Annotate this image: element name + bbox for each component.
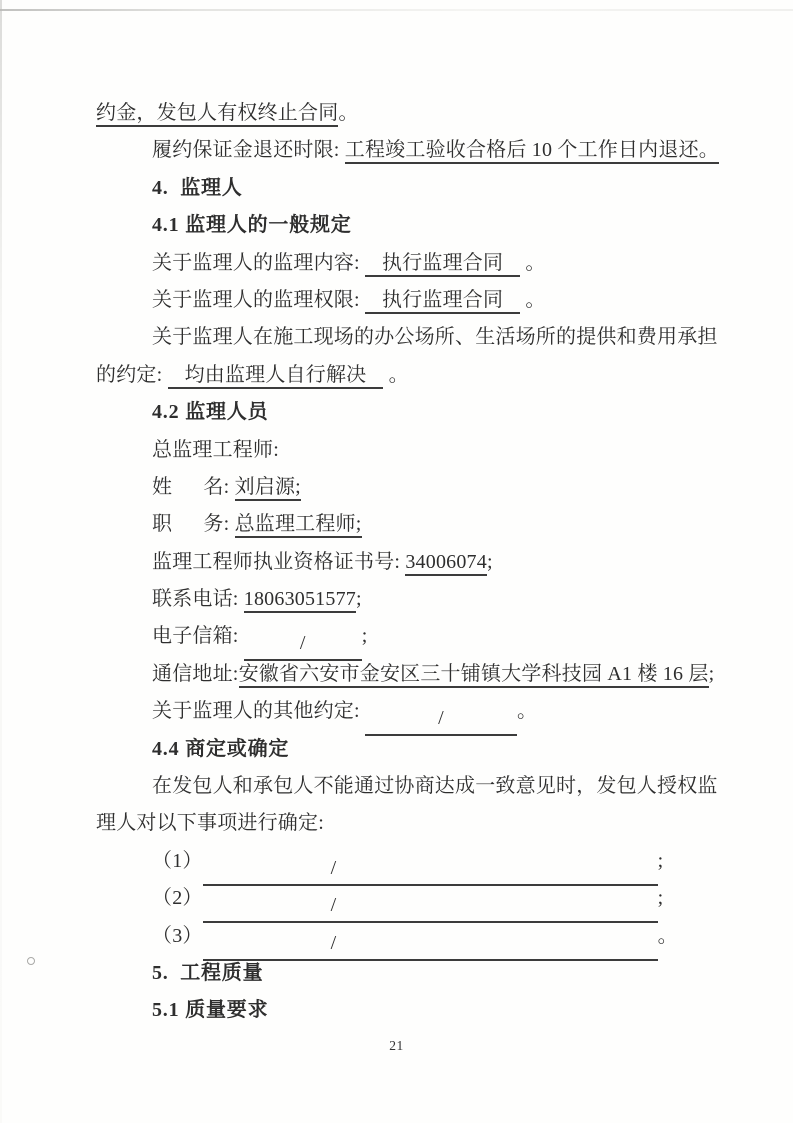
- text-segment: ;: [658, 887, 664, 909]
- doc-line: 职 务: 总监理工程师;: [96, 506, 712, 543]
- doc-line: 姓 名: 刘启源;: [96, 469, 712, 506]
- section-heading: 5.1 质量要求: [96, 992, 712, 1029]
- text-segment: ;: [658, 850, 664, 872]
- blank-field: /: [203, 927, 658, 961]
- text-segment: （1）: [152, 850, 203, 872]
- text-segment: 4. 监理人: [152, 177, 243, 199]
- doc-line: 履约保证金退还时限: 工程竣工验收合格后 10 个工作日内退还。: [96, 132, 712, 169]
- text-segment: 。: [517, 700, 537, 722]
- text-segment: 监理工程师执业资格证书号:: [152, 551, 405, 573]
- text-segment: 总监理工程师:: [152, 439, 279, 461]
- scan-artifact-top-edge: [0, 9, 793, 11]
- scan-artifact-speck: [27, 957, 35, 965]
- text-segment: 。: [338, 102, 358, 124]
- doc-line: 在发包人和承包人不能通过协商达成一致意见时，发包人授权监: [96, 768, 712, 805]
- doc-line: 理人对以下事项进行确定:: [96, 805, 712, 842]
- doc-line: 关于监理人的其他约定: /。: [96, 693, 712, 730]
- text-segment: 通信地址:: [152, 663, 239, 685]
- text-segment: 联系电话:: [152, 588, 244, 610]
- text-segment: 4.1 监理人的一般规定: [152, 214, 352, 236]
- underlined-value: 工程竣工验收合格后 10 个工作日内退还。: [345, 139, 719, 164]
- text-segment: 履约保证金退还时限:: [152, 139, 345, 161]
- text-segment: 在发包人和承包人不能通过协商达成一致意见时，发包人授权监: [152, 775, 718, 797]
- text-segment: 关于监理人在施工现场的办公场所、生活场所的提供和费用承担: [152, 326, 718, 348]
- text-segment: 关于监理人的监理权限:: [152, 289, 365, 311]
- text-segment: 理人对以下事项进行确定:: [96, 812, 324, 834]
- underlined-value: 安徽省六安市金安区三十铺镇大学科技园 A1 楼 16 层: [239, 663, 709, 688]
- text-segment: ;: [362, 625, 368, 647]
- underlined-value: 18063051577: [244, 588, 356, 613]
- underlined-value: 约金，发包人有权终止合同: [96, 102, 338, 127]
- text-segment: 的约定:: [96, 364, 168, 386]
- section-heading: 4.1 监理人的一般规定: [96, 207, 712, 244]
- doc-line: （2）/;: [96, 880, 712, 917]
- text-segment: 关于监理人的其他约定:: [152, 700, 365, 722]
- text-segment: 4.4 商定或确定: [152, 738, 289, 760]
- underlined-value: 34006074: [405, 551, 487, 576]
- doc-line: 关于监理人的监理内容: 执行监理合同 。: [96, 245, 712, 282]
- text-segment: ;: [356, 588, 362, 610]
- text-segment: 电子信箱:: [152, 625, 244, 647]
- doc-line: 电子信箱: /;: [96, 618, 712, 655]
- doc-line: （3）/。: [96, 918, 712, 955]
- text-segment: ;: [487, 551, 493, 573]
- underlined-value: 刘启源;: [235, 476, 301, 501]
- text-segment: 关于监理人的监理内容:: [152, 252, 365, 274]
- section-heading: 4. 监理人: [96, 170, 712, 207]
- text-segment: 4.2 监理人员: [152, 401, 268, 423]
- doc-line: 总监理工程师:: [96, 432, 712, 469]
- text-segment: ;: [709, 663, 715, 685]
- text-segment: （2）: [152, 887, 203, 909]
- scan-artifact-left-edge: [0, 0, 2, 1123]
- text-segment: 5. 工程质量: [152, 962, 263, 984]
- doc-line: （1）/;: [96, 843, 712, 880]
- page-number: 21: [0, 1038, 793, 1054]
- contract-text-block: 约金，发包人有权终止合同。履约保证金退还时限: 工程竣工验收合格后 10 个工作…: [96, 95, 712, 1030]
- underlined-value: 总监理工程师;: [235, 513, 362, 538]
- filled-blank-field: 均由监理人自行解决: [168, 364, 384, 389]
- section-heading: 4.2 监理人员: [96, 394, 712, 431]
- text-segment: 5.1 质量要求: [152, 999, 268, 1021]
- filled-blank-field: 执行监理合同: [365, 289, 520, 314]
- filled-blank-field: 执行监理合同: [365, 252, 520, 277]
- doc-line: 关于监理人的监理权限: 执行监理合同 。: [96, 282, 712, 319]
- text-segment: 。: [383, 364, 408, 386]
- document-page: 约金，发包人有权终止合同。履约保证金退还时限: 工程竣工验收合格后 10 个工作…: [0, 0, 793, 1123]
- text-segment: 。: [520, 252, 545, 274]
- doc-line: 约金，发包人有权终止合同。: [96, 95, 712, 132]
- doc-line: 的约定: 均由监理人自行解决 。: [96, 357, 712, 394]
- doc-line: 监理工程师执业资格证书号: 34006074;: [96, 544, 712, 581]
- text-segment: （3）: [152, 925, 203, 947]
- doc-line: 通信地址:安徽省六安市金安区三十铺镇大学科技园 A1 楼 16 层;: [96, 656, 712, 693]
- text-segment: 。: [658, 925, 678, 947]
- doc-line: 关于监理人在施工现场的办公场所、生活场所的提供和费用承担: [96, 319, 712, 356]
- text-segment: 职 务:: [152, 513, 235, 535]
- blank-field: /: [365, 702, 517, 736]
- text-segment: 姓 名:: [152, 476, 235, 498]
- doc-line: 联系电话: 18063051577;: [96, 581, 712, 618]
- text-segment: 。: [520, 289, 545, 311]
